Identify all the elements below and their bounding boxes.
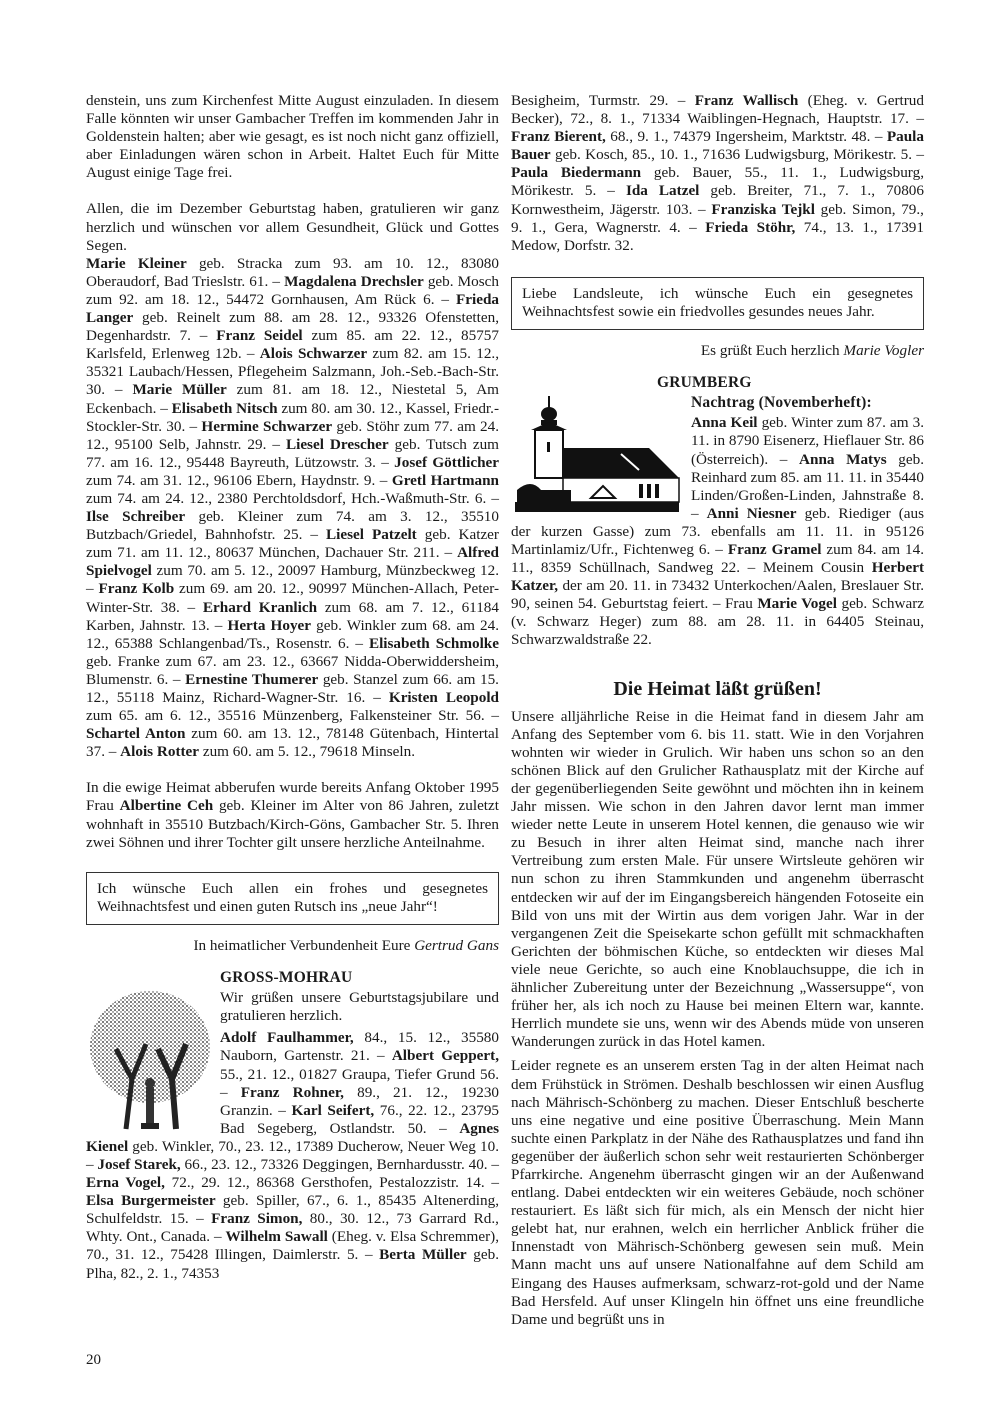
person-name: Elisabeth Schmolke [369,635,499,652]
person-name: Anna Matys [799,451,887,468]
person-name: Josef Starek, [97,1156,180,1173]
person-name: Franz Simon, [211,1210,302,1227]
person-name: Albert Geppert, [392,1047,499,1064]
person-name: Franz Seidel [216,327,302,344]
person-name: Hermine Schwarzer [201,418,332,435]
person-name: Liesel Patzelt [326,526,417,543]
page-number: 20 [86,1352,101,1369]
tree-illustration [86,989,214,1131]
church-icon [511,394,683,512]
person-name: Franz Gramel [728,541,822,558]
entry-details: zum 65. am 6. 12., 35516 Münzenberg, Fal… [86,707,499,724]
person-name: Franz Rohner, [241,1084,344,1101]
birthday-list: Marie Kleiner geb. Stracka zum 93. am 10… [86,255,499,762]
person-name: Herta Hoyer [228,617,312,634]
signature-name-right: Marie Vogler [843,342,924,359]
person-name: Franz Bierent, [511,128,606,145]
entry-details: zum 74. am 24. 12., 2380 Perchtoldsdorf,… [86,490,499,507]
section-title-gross-mohrau: GROSS-MOHRAU [220,969,499,987]
entry-details: geb. Kosch, 85., 10. 1., 71636 Ludwigsbu… [551,146,924,163]
church-illustration [511,394,683,512]
person-name: Elsa Burgermeister [86,1192,216,1209]
person-name: Elisabeth Nitsch [172,400,278,417]
person-name: Franziska Tejkl [711,201,815,218]
person-name: Ida Latzel [626,182,699,199]
entry-details: Besigheim, Turmstr. 29. – [511,92,695,109]
birthday-list-continued: Besigheim, Turmstr. 29. – Franz Wallisch… [511,92,924,255]
entry-details: 66., 23. 12., 73326 Deggingen, Bernhardu… [181,1156,499,1173]
signature-right: Es grüßt Euch herzlich Marie Vogler [511,342,924,360]
person-name: Wilhelm Sawall [226,1228,328,1245]
signature: In heimatlicher Verbundenheit Eure Gertr… [86,937,499,955]
birthday-intro: Allen, die im Dezember Geburtstag haben,… [86,200,499,254]
person-name: Paula Biedermann [511,164,641,181]
person-name: Anna Keil [691,414,758,431]
person-name: Franz Kolb [98,580,174,597]
person-name: Karl Seifert, [291,1102,374,1119]
person-name: Anni Niesner [707,505,797,522]
person-name: Alois Rotter [120,743,199,760]
entry-details: zum 60. am 5. 12., 79618 Minseln. [199,743,415,760]
person-name: Schartel Anton [86,725,185,742]
section-title-grumberg: GRUMBERG [657,374,924,392]
person-name: Ernestine Thumerer [185,671,318,688]
entry-details: 68., 9. 1., 74379 Ingersheim, Marktstr. … [606,128,887,145]
person-name: Kristen Leopold [389,689,499,706]
person-name: Gretl Hartmann [392,472,499,489]
grumberg-subtitle: Nachtrag (Novemberheft): [691,394,924,412]
person-name: Josef Göttlicher [394,454,499,471]
article-paragraph-2: Leider regnete es an unserem ersten Tag … [511,1057,924,1328]
tree-icon [86,989,214,1131]
entry-details: zum 74. am 31. 12., 96106 Ebern, Haydnst… [86,472,392,489]
gross-mohrau-header: GROSS-MOHRAU Wir grüßen unsere Geburtsta… [220,969,499,1025]
obituary-paragraph: In die ewige Heimat abberufen wurde bere… [86,779,499,851]
person-name: Magdalena Drechsler [284,273,424,290]
person-name: Alois Schwarzer [260,345,367,362]
person-name: Marie Müller [132,381,226,398]
right-column: Besigheim, Turmstr. 29. – Franz Wallisch… [511,92,924,1329]
entry-details: 72., 29. 12., 86368 Gersthofen, Pestaloz… [165,1174,499,1191]
article-title: Die Heimat läßt grüßen! [511,680,924,698]
person-name: Marie Kleiner [86,255,187,272]
person-name: Franz Wallisch [695,92,799,109]
greeting-box: Ich wünsche Euch allen ein frohes und ge… [86,872,499,925]
article-paragraph-1: Unsere alljährliche Reise in die Heimat … [511,708,924,1052]
person-name: Berta Müller [379,1246,467,1263]
gross-mohrau-intro: Wir grüßen unsere Geburtstagsjubilare un… [220,989,499,1025]
person-name: Adolf Faulhammer, [220,1029,354,1046]
person-name: Liesel Drescher [286,436,389,453]
intro-paragraph: denstein, uns zum Kirchenfest Mitte Augu… [86,92,499,182]
signature-name: Gertrud Gans [414,937,499,954]
person-name: Marie Vogel [757,595,837,612]
left-column: denstein, uns zum Kirchenfest Mitte Augu… [86,92,499,1283]
person-name: Ilse Schreiber [86,508,185,525]
person-name: Erna Vogel, [86,1174,165,1191]
deceased-name: Albertine Ceh [120,797,214,814]
greeting-box-right: Liebe Landsleute, ich wünsche Euch ein g… [511,277,924,330]
person-name: Erhard Kranlich [203,599,317,616]
person-name: Frieda Stöhr, [705,219,795,236]
